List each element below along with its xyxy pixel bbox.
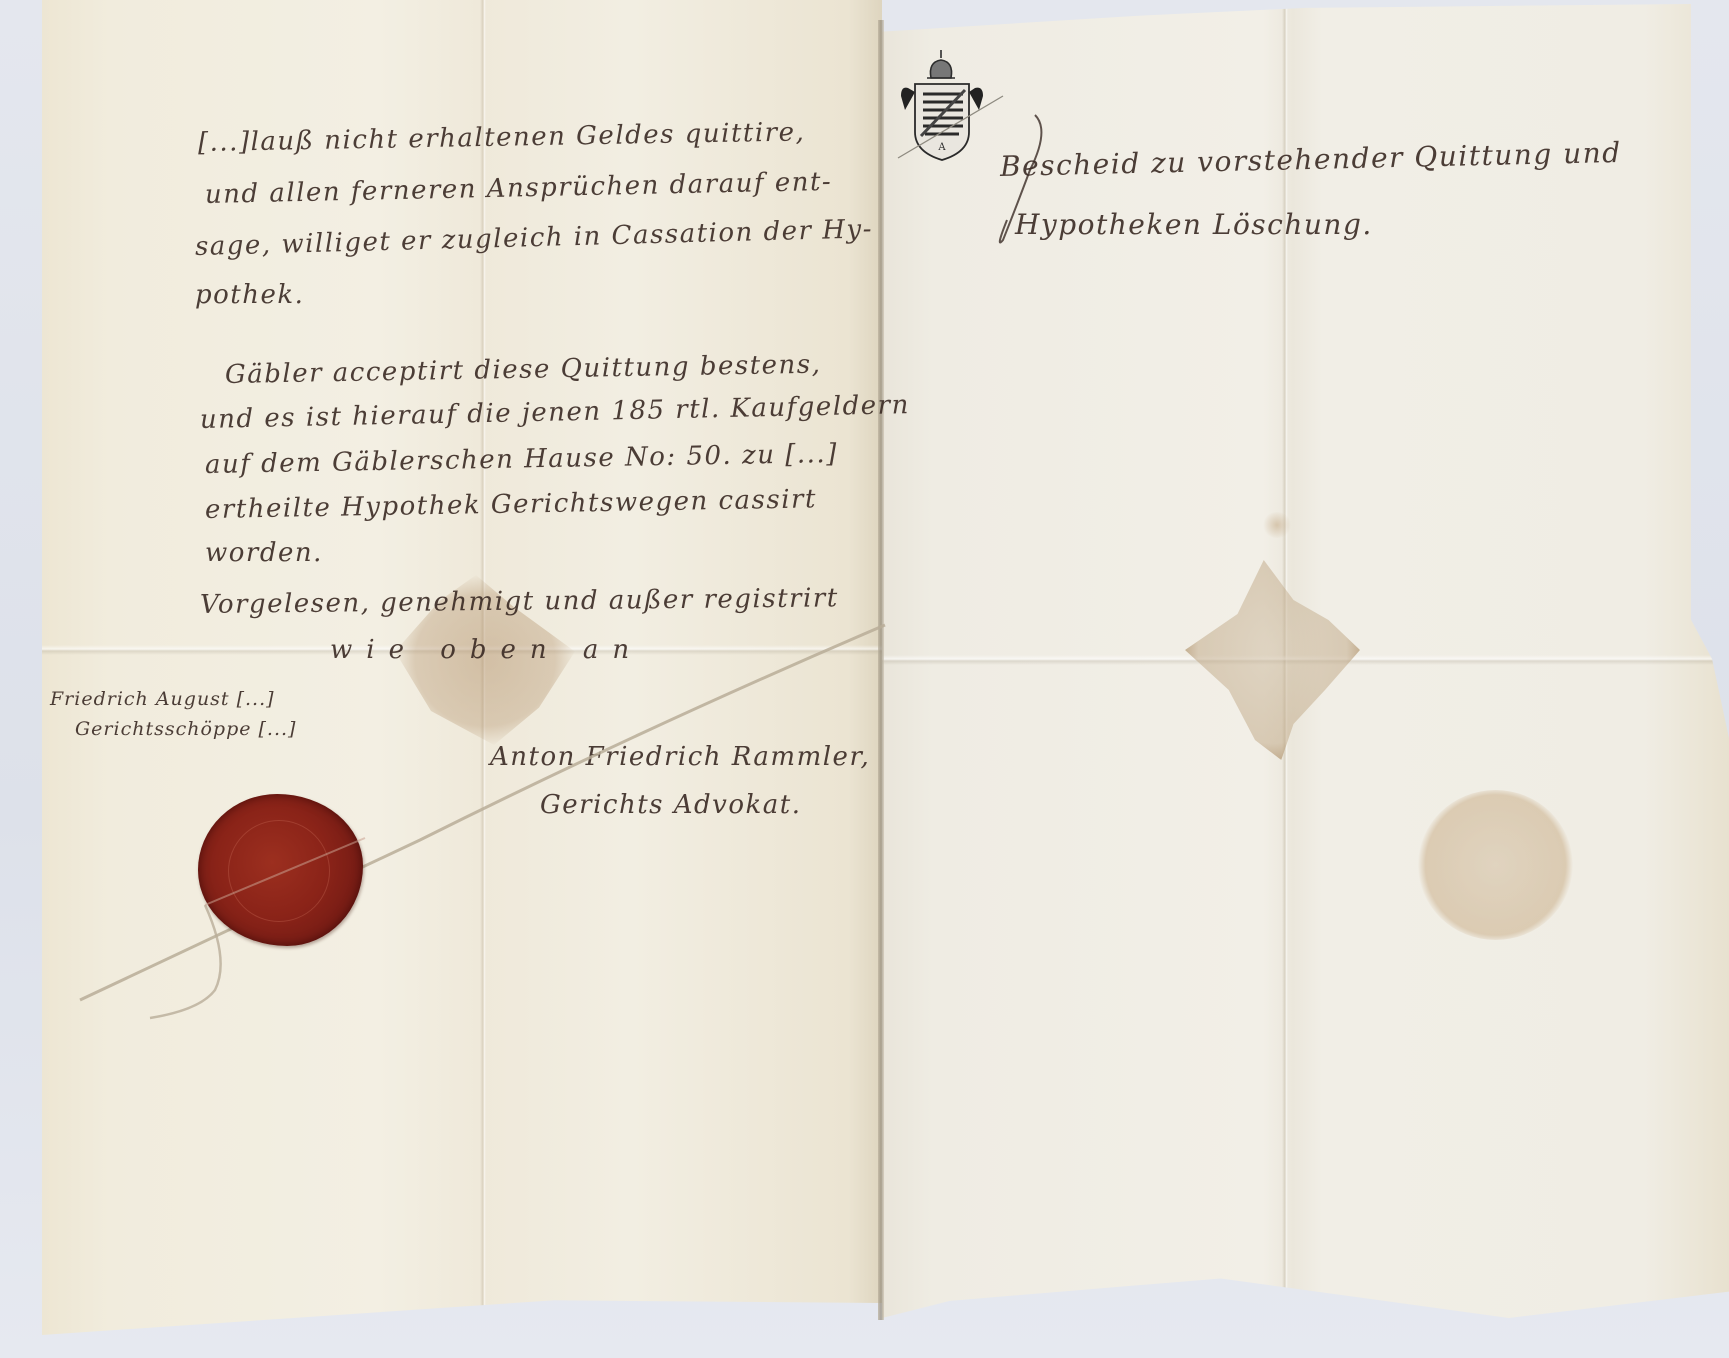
seal-string bbox=[0, 0, 1729, 1358]
coat-of-arms-icon: A bbox=[893, 48, 1008, 168]
decorative-initial-flourish bbox=[995, 110, 1055, 250]
svg-text:A: A bbox=[937, 142, 946, 153]
seal-impression-ring bbox=[228, 820, 330, 922]
right-page-heading-line: Hypotheken Löschung. bbox=[1015, 208, 1373, 241]
wax-seal bbox=[198, 794, 363, 946]
